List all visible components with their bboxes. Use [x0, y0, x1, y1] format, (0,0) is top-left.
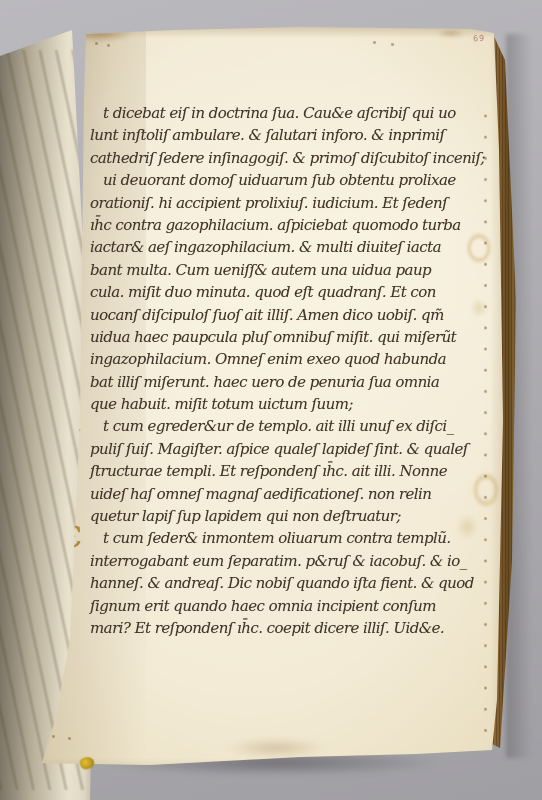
line-text: cathedriſ ſedere inſinagogiſ. & primoſ d… — [90, 147, 485, 169]
line-text: ſtructurae templi. Et reſpondenſ ıh̄c. a… — [90, 460, 447, 482]
stain-bottom-edge — [226, 738, 326, 758]
manuscript-line: ſignum erit quando haec omnia incipient … — [90, 595, 490, 617]
line-text: ſignum erit quando haec omnia incipient … — [90, 595, 436, 617]
pricking-hole — [391, 43, 394, 46]
manuscript-line: uidua haec paupcula pluſ omnibuſ miſit. … — [90, 326, 490, 348]
pricking-hole — [68, 737, 71, 740]
manuscript-line: cathedriſ ſedere inſinagogiſ. & primoſ d… — [90, 147, 490, 169]
line-text: iactar& aeſ ingazophilacium. & multi diu… — [90, 236, 441, 258]
manuscript-line: cula. miſit duo minuta. quod eſt quadran… — [90, 281, 490, 303]
line-text: t cum ſeder& inmontem oliuarum contra te… — [103, 527, 451, 549]
line-text: interrogabant eum ſeparatim. p&ruſ & iac… — [90, 550, 467, 572]
manuscript-line: Qui deuorant domoſ uiduarum ſub obtentu … — [90, 169, 490, 191]
line-text: t dicebat eiſ in doctrina ſua. Cau&e aſc… — [103, 102, 456, 124]
pricking-hole — [52, 735, 55, 738]
line-text: orationiſ. hi accipient prolixiuſ. iudic… — [90, 192, 447, 214]
line-text: lunt inſtoliſ ambulare. & ſalutari infor… — [90, 124, 445, 146]
line-text: uideſ haſ omneſ magnaſ aedificationeſ. n… — [90, 483, 431, 505]
manuscript-line: bant multa. Cum ueniſſ& autem una uidua … — [90, 259, 490, 281]
line-text: mari? Et reſpondenſ ıh̄c. coepit dicere … — [90, 617, 444, 639]
manuscript-line: interrogabant eum ſeparatim. p&ruſ & iac… — [90, 550, 490, 572]
manuscript-line: bat illiſ miſerunt. haec uero de penuria… — [90, 371, 490, 393]
line-text: ui deuorant domoſ uiduarum ſub obtentu p… — [103, 169, 456, 191]
manuscript-line: que habuit. miſit totum uictum ſuum; — [90, 393, 490, 415]
folio-number: 69 — [473, 34, 486, 44]
manuscript-line: mari? Et reſpondenſ ıh̄c. coepit dicere … — [90, 617, 490, 639]
stain-top-left — [66, 26, 134, 42]
line-text: uocanſ diſcipuloſ ſuoſ ait illiſ. Amen d… — [90, 304, 444, 326]
line-text: bant multa. Cum ueniſſ& autem una uidua … — [90, 259, 431, 281]
manuscript-line: ıh̄c contra gazophilacium. aſpiciebat qu… — [90, 214, 490, 236]
line-text: ıh̄c contra gazophilacium. aſpiciebat qu… — [90, 214, 461, 236]
line-text: ingazophilacium. Omneſ enim exeo quod ha… — [90, 348, 446, 370]
manuscript-line: Єt dicebat eiſ in doctrina ſua. Cau&e aſ… — [90, 102, 490, 124]
line-text: quetur lapiſ ſup lapidem qui non deſtrua… — [90, 505, 401, 527]
line-text: hanneſ. & andreaſ. Dic nobiſ quando iſta… — [90, 572, 474, 594]
line-text: bat illiſ miſerunt. haec uero de penuria… — [90, 371, 439, 393]
line-text: uidua haec paupcula pluſ omnibuſ miſit. … — [90, 326, 456, 348]
stain-top-right — [436, 29, 466, 38]
line-text: que habuit. miſit totum uictum ſuum; — [90, 393, 353, 415]
manuscript-page: 69 Єt dicebat eiſ in doctrina ſua. Cau&e… — [36, 26, 508, 774]
manuscript-line: iactar& aeſ ingazophilacium. & multi diu… — [90, 236, 490, 258]
manuscript-line: Єt cum egreder&ur de templo. ait illi un… — [90, 415, 490, 437]
manuscript-line: Єt cum ſeder& inmontem oliuarum contra t… — [90, 527, 490, 549]
line-text: puliſ ſuiſ. Magiſter. aſpice qualeſ lapi… — [90, 438, 468, 460]
manuscript-line: uideſ haſ omneſ magnaſ aedificationeſ. n… — [90, 483, 490, 505]
pricking-hole — [95, 42, 98, 45]
manuscript-line: lunt inſtoliſ ambulare. & ſalutari infor… — [90, 124, 490, 146]
manuscript-line: ingazophilacium. Omneſ enim exeo quod ha… — [90, 348, 490, 370]
manuscript-line: quetur lapiſ ſup lapidem qui non deſtrua… — [90, 505, 490, 527]
text-block: Єt dicebat eiſ in doctrina ſua. Cau&e aſ… — [90, 102, 490, 639]
photo-background: 69 Єt dicebat eiſ in doctrina ſua. Cau&e… — [0, 0, 542, 800]
manuscript-line: ſtructurae templi. Et reſpondenſ ıh̄c. a… — [90, 460, 490, 482]
pricking-hole — [107, 44, 110, 47]
manuscript-line: orationiſ. hi accipient prolixiuſ. iudic… — [90, 192, 490, 214]
manuscript-line: uocanſ diſcipuloſ ſuoſ ait illiſ. Amen d… — [90, 304, 490, 326]
line-text: t cum egreder&ur de templo. ait illi unu… — [103, 415, 454, 437]
line-text: cula. miſit duo minuta. quod eſt quadran… — [90, 281, 436, 303]
manuscript-line: hanneſ. & andreaſ. Dic nobiſ quando iſta… — [90, 572, 490, 594]
pricking-hole — [373, 41, 376, 44]
manuscript-line: puliſ ſuiſ. Magiſter. aſpice qualeſ lapi… — [90, 438, 490, 460]
